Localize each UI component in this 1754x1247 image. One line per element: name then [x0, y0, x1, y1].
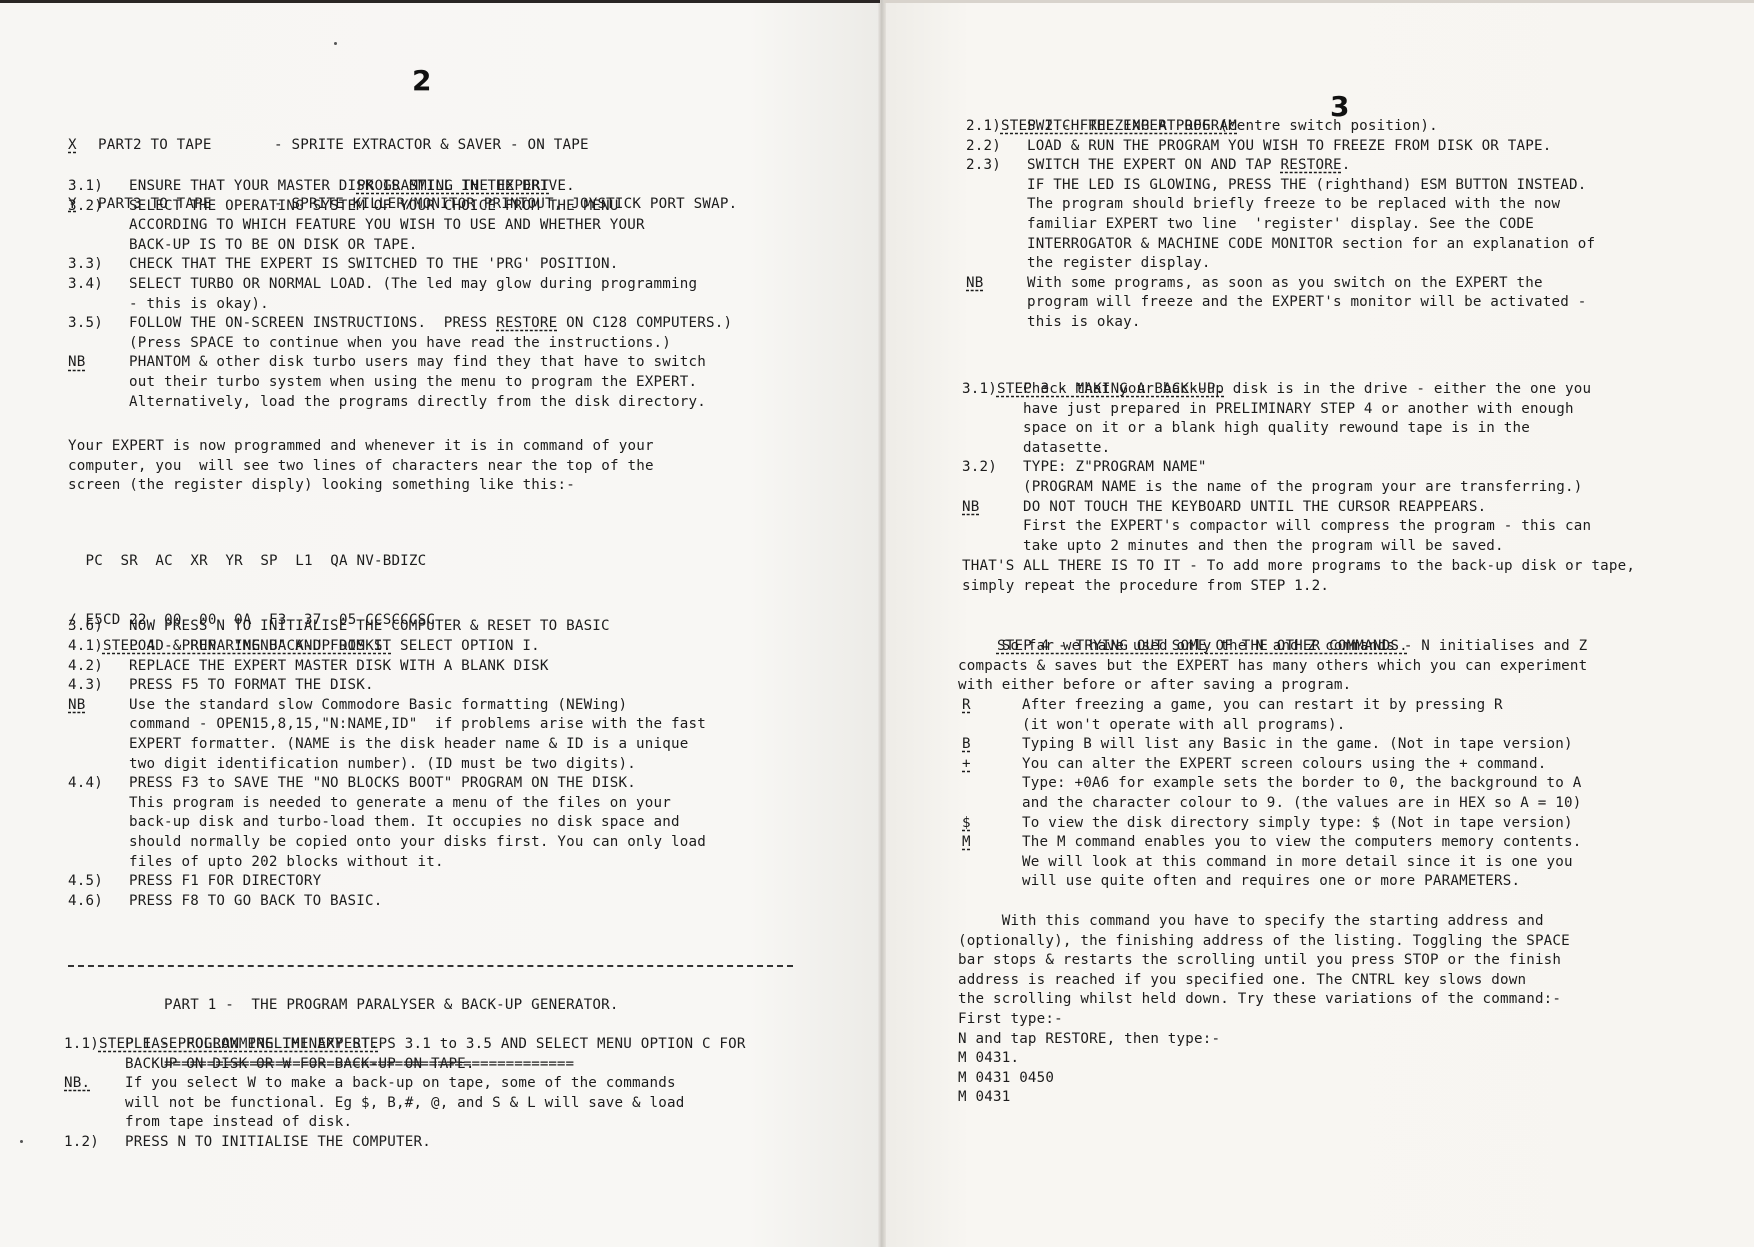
item-label [68, 216, 129, 236]
list-item: 2.3)SWITCH THE EXPERT ON AND TAP RESTORE… [966, 156, 1595, 274]
item-line: Type: +0A6 for example sets the border t… [962, 774, 1581, 794]
item-text: the register display. [1027, 254, 1211, 274]
item-label [68, 833, 129, 853]
item-line: (Press SPACE to continue when you have r… [68, 334, 732, 354]
text-line: M 0431 0450 [958, 1069, 1570, 1089]
list-item: $To view the disk directory simply type:… [962, 814, 1581, 834]
restore-key-ref: RESTORE [1281, 157, 1342, 173]
item-label [966, 215, 1027, 235]
item-line: NB.If you select W to make a back-up on … [64, 1074, 746, 1094]
text-line: THAT'S ALL THERE IS TO IT - To add more … [962, 557, 1635, 577]
item-label: 3.3) [68, 255, 129, 275]
paper-speck [20, 1140, 23, 1143]
item-line: RAfter freezing a game, you can restart … [962, 696, 1581, 716]
item-label: NB [68, 696, 129, 716]
item-line: have just prepared in PRELIMINARY STEP 4… [962, 400, 1591, 420]
item-label [966, 254, 1027, 274]
item-text: take upto 2 minutes and then the program… [1023, 537, 1504, 557]
item-line: familiar EXPERT two line 'register' disp… [966, 215, 1595, 235]
item-text: Use the standard slow Commodore Basic fo… [129, 696, 627, 716]
item-label [68, 715, 129, 735]
item-label [962, 400, 1023, 420]
list-item: 3.1)Check that your back-up disk is in t… [962, 380, 1591, 458]
item-label: R [962, 696, 1022, 716]
item-line: (it won't operate with all programs). [962, 716, 1581, 736]
item-text: After freezing a game, you can restart i… [1022, 696, 1503, 716]
page-edge [884, 0, 1754, 3]
item-line: BACKUP ON DISK OR W FOR BACK-UP ON TAPE. [64, 1055, 746, 1075]
item-label [966, 235, 1027, 255]
item-label [962, 853, 1022, 873]
list-item: 2.2)LOAD & RUN THE PROGRAM YOU WISH TO F… [966, 137, 1595, 157]
item-label: NB [68, 353, 129, 373]
item-text: will use quite often and requires one or… [1022, 872, 1520, 892]
register-header: PC SR AC XR YR SP L1 QA NV-BDIZC [68, 552, 435, 572]
list-item: MThe M command enables you to view the c… [962, 833, 1581, 892]
item-label [962, 716, 1022, 736]
item-line: program will freeze and the EXPERT's mon… [966, 293, 1595, 313]
item-line: NBUse the standard slow Commodore Basic … [68, 696, 706, 716]
item-text: You can alter the EXPERT screen colours … [1022, 755, 1547, 775]
list-item: NBDO NOT TOUCH THE KEYBOARD UNTIL THE CU… [962, 498, 1591, 557]
item-line: two digit identification number). (ID mu… [68, 755, 706, 775]
item-label [962, 537, 1023, 557]
item-label: 4.3) [68, 676, 129, 696]
item-text: REPLACE THE EXPERT MASTER DISK WITH A BL… [129, 657, 549, 677]
list-item: NBWith some programs, as soon as you swi… [966, 274, 1595, 333]
item-line: 3.3)CHECK THAT THE EXPERT IS SWITCHED TO… [68, 255, 732, 275]
item-line: 3.4)SELECT TURBO OR NORMAL LOAD. (The le… [68, 275, 732, 295]
text-line: First type:- [958, 1010, 1570, 1030]
item-text: (PROGRAM NAME is the name of the program… [1023, 478, 1582, 498]
page-edge [0, 0, 880, 3]
item-text: this is okay. [1027, 313, 1141, 333]
m-command-detail: With this command you have to specify th… [958, 912, 1570, 1108]
item-line: space on it or a blank high quality rewo… [962, 419, 1591, 439]
item-text: FOLLOW THE ON-SCREEN INSTRUCTIONS. PRESS… [129, 314, 732, 334]
item-label [966, 313, 1027, 333]
item-label [962, 517, 1023, 537]
item-line: IF THE LED IS GLOWING, PRESS THE (righth… [966, 176, 1595, 196]
option-name: PART2 TO TAPE [98, 136, 274, 156]
item-text: SELECT TURBO OR NORMAL LOAD. (The led ma… [129, 275, 697, 295]
item-text: SELECT THE OPERATING SYSTEM OF YOUR CHOI… [129, 197, 619, 217]
item-text: program will freeze and the EXPERT's mon… [1027, 293, 1586, 313]
list-item: 1.2)PRESS N TO INITIALISE THE COMPUTER. [64, 1133, 746, 1153]
item-text: should normally be copied onto your disk… [129, 833, 706, 853]
item-line: 2.3)SWITCH THE EXPERT ON AND TAP RESTORE… [966, 156, 1595, 176]
item-label [962, 872, 1022, 892]
text-line: (optionally), the finishing address of t… [958, 932, 1570, 952]
item-text: Check that your back-up disk is in the d… [1023, 380, 1591, 400]
item-label: 2.1) [966, 117, 1027, 137]
item-line: - this is okay). [68, 295, 732, 315]
item-line: First the EXPERT's compactor will compre… [962, 517, 1591, 537]
text-line: with either before or after saving a pro… [958, 676, 1587, 696]
item-line: +You can alter the EXPERT screen colours… [962, 755, 1581, 775]
list-item: +You can alter the EXPERT screen colours… [962, 755, 1581, 814]
text-line: M 0431 [958, 1088, 1570, 1108]
item-line: will use quite often and requires one or… [962, 872, 1581, 892]
item-line: NBPHANTOM & other disk turbo users may f… [68, 353, 732, 373]
item-text: have just prepared in PRELIMINARY STEP 4… [1023, 400, 1574, 420]
item-label [68, 853, 129, 873]
item-text: TYPE: Z"PROGRAM NAME" [1023, 458, 1207, 478]
item-text: and the character colour to 9. (the valu… [1022, 794, 1581, 814]
item-label: 3.4) [68, 275, 129, 295]
item-line: should normally be copied onto your disk… [68, 833, 706, 853]
text-line: bar stops & restarts the scrolling until… [958, 951, 1570, 971]
item-text: BACKUP ON DISK OR W FOR BACK-UP ON TAPE. [125, 1055, 475, 1075]
item-line: The program should briefly freeze to be … [966, 195, 1595, 215]
item-text: LOAD & RUN "MENU" AND FROM IT SELECT OPT… [129, 637, 540, 657]
text-line: M 0431. [958, 1049, 1570, 1069]
item-label: 4.4) [68, 774, 129, 794]
list-item: NBUse the standard slow Commodore Basic … [68, 696, 706, 774]
list-item: NBPHANTOM & other disk turbo users may f… [68, 353, 732, 412]
item-line: 1.1)PLEASE FOLLOW PRELIMINARY STEPS 3.1 … [64, 1035, 746, 1055]
item-line: We will look at this command in more det… [962, 853, 1581, 873]
item-label: NB [962, 498, 1023, 518]
option-key: X [68, 136, 98, 156]
item-label [68, 295, 129, 315]
item-line: EXPERT formatter. (NAME is the disk head… [68, 735, 706, 755]
item-text: If you select W to make a back-up on tap… [125, 1074, 676, 1094]
item-line: from tape instead of disk. [64, 1113, 746, 1133]
item-label [68, 794, 129, 814]
item-line: 2.1)SWITCH THE EXPERT OFF (centre switch… [966, 117, 1595, 137]
item-line: This program is needed to generate a men… [68, 794, 706, 814]
item-line: 4.3)PRESS F5 TO FORMAT THE DISK. [68, 676, 706, 696]
list-item: 3.2)SELECT THE OPERATING SYSTEM OF YOUR … [68, 197, 732, 256]
item-text: SWITCH THE EXPERT ON AND TAP RESTORE. [1027, 156, 1350, 176]
text-line: compacts & saves but the EXPERT has many… [958, 657, 1587, 677]
item-text: PRESS F8 TO GO BACK TO BASIC. [129, 892, 383, 912]
item-text: EXPERT formatter. (NAME is the disk head… [129, 735, 688, 755]
text-line: Your EXPERT is now programmed and whenev… [68, 437, 654, 457]
text-line: N and tap RESTORE, then type:- [958, 1030, 1570, 1050]
register-intro: Your EXPERT is now programmed and whenev… [68, 437, 654, 496]
item-label [962, 478, 1023, 498]
item-label: 4.6) [68, 892, 129, 912]
item-text: from tape instead of disk. [125, 1113, 352, 1133]
item-line: 4.5)PRESS F1 FOR DIRECTORY [68, 872, 706, 892]
item-label [962, 439, 1023, 459]
item-text: datasette. [1023, 439, 1110, 459]
item-text: PRESS F5 TO FORMAT THE DISK. [129, 676, 374, 696]
item-text: CHECK THAT THE EXPERT IS SWITCHED TO THE… [129, 255, 619, 275]
page-fold [878, 0, 886, 1247]
text-line: screen (the register disply) looking som… [68, 476, 654, 496]
item-text: PHANTOM & other disk turbo users may fin… [129, 353, 706, 373]
programming-steps: 3.1)ENSURE THAT YOUR MASTER DISK IS STIL… [68, 177, 732, 412]
item-label [68, 813, 129, 833]
text-line: With this command you have to specify th… [958, 912, 1570, 932]
step3-summary: THAT'S ALL THERE IS TO IT - To add more … [962, 557, 1635, 596]
item-text: DO NOT TOUCH THE KEYBOARD UNTIL THE CURS… [1023, 498, 1486, 518]
item-label [68, 735, 129, 755]
item-text: PRESS F1 FOR DIRECTORY [129, 872, 321, 892]
item-line: 3.2)TYPE: Z"PROGRAM NAME" [962, 458, 1591, 478]
item-line: (PROGRAM NAME is the name of the program… [962, 478, 1591, 498]
item-line: NBDO NOT TOUCH THE KEYBOARD UNTIL THE CU… [962, 498, 1591, 518]
item-line: BTyping B will list any Basic in the gam… [962, 735, 1581, 755]
restore-key-ref: RESTORE [496, 315, 557, 331]
item-label [68, 334, 129, 354]
item-label: 3.1) [68, 177, 129, 197]
text-line: the scrolling whilst held down. Try thes… [958, 990, 1570, 1010]
item-line: out their turbo system when using the me… [68, 373, 732, 393]
step4-intro: So far we have used only the N and Z com… [958, 637, 1587, 696]
item-text: We will look at this command in more det… [1022, 853, 1573, 873]
item-text: INTERROGATOR & MACHINE CODE MONITOR sect… [1027, 235, 1595, 255]
item-text: Alternatively, load the programs directl… [129, 393, 706, 413]
item-label [962, 774, 1022, 794]
text-line: So far we have used only the N and Z com… [958, 637, 1587, 657]
item-line: 4.1)LOAD & RUN "MENU" AND FROM IT SELECT… [68, 637, 706, 657]
page-number-left: 2 [412, 64, 431, 97]
item-label: + [962, 755, 1022, 775]
item-label: 4.1) [68, 637, 129, 657]
item-text: The M command enables you to view the co… [1022, 833, 1581, 853]
item-text: command - OPEN15,8,15,"N:NAME,ID" if pro… [129, 715, 706, 735]
item-text: Typing B will list any Basic in the game… [1022, 735, 1573, 755]
item-line: ACCORDING TO WHICH FEATURE YOU WISH TO U… [68, 216, 732, 236]
item-text: To view the disk directory simply type: … [1022, 814, 1573, 834]
item-label: 2.3) [966, 156, 1027, 176]
list-item: 2.1)SWITCH THE EXPERT OFF (centre switch… [966, 117, 1595, 137]
item-label [68, 393, 129, 413]
list-item: 3.3)CHECK THAT THE EXPERT IS SWITCHED TO… [68, 255, 732, 275]
item-label [68, 373, 129, 393]
item-label: 4.5) [68, 872, 129, 892]
list-item: RAfter freezing a game, you can restart … [962, 696, 1581, 735]
item-label: NB [966, 274, 1027, 294]
item-line: 1.2)PRESS N TO INITIALISE THE COMPUTER. [64, 1133, 746, 1153]
item-text: PLEASE FOLLOW PRELIMINARY STEPS 3.1 to 3… [125, 1035, 746, 1055]
item-text: ENSURE THAT YOUR MASTER DISK IS STILL IN… [129, 177, 575, 197]
text-line: address is reached if you specified one.… [958, 971, 1570, 991]
list-item: 1.1)PLEASE FOLLOW PRELIMINARY STEPS 3.1 … [64, 1035, 746, 1074]
list-item: 3.2)TYPE: Z"PROGRAM NAME"(PROGRAM NAME i… [962, 458, 1591, 497]
item-line: command - OPEN15,8,15,"N:NAME,ID" if pro… [68, 715, 706, 735]
step1-items: 1.1)PLEASE FOLLOW PRELIMINARY STEPS 3.1 … [64, 1035, 746, 1153]
item-label: 3.5) [68, 314, 129, 334]
item-label: NB. [64, 1074, 125, 1094]
item-text: familiar EXPERT two line 'register' disp… [1027, 215, 1534, 235]
option-desc: - SPRITE EXTRACTOR & SAVER - ON TAPE [274, 136, 589, 156]
option-row: X PART2 TO TAPE - SPRITE EXTRACTOR & SAV… [68, 136, 737, 156]
item-text: back-up disk and turbo-load them. It occ… [129, 813, 680, 833]
item-text: out their turbo system when using the me… [129, 373, 697, 393]
item-line: 4.2)REPLACE THE EXPERT MASTER DISK WITH … [68, 657, 706, 677]
item-line: datasette. [962, 439, 1591, 459]
item-line: MThe M command enables you to view the c… [962, 833, 1581, 853]
list-item: 4.5)PRESS F1 FOR DIRECTORY [68, 872, 706, 892]
item-text: Type: +0A6 for example sets the border t… [1022, 774, 1581, 794]
item-text: The program should briefly freeze to be … [1027, 195, 1560, 215]
item-line: Alternatively, load the programs directl… [68, 393, 732, 413]
item-label: B [962, 735, 1022, 755]
item-text: PRESS F3 to SAVE THE "NO BLOCKS BOOT" PR… [129, 774, 636, 794]
item-line: this is okay. [966, 313, 1595, 333]
list-item: 3.4)SELECT TURBO OR NORMAL LOAD. (The le… [68, 275, 732, 314]
item-label [962, 419, 1023, 439]
item-label: 1.1) [64, 1035, 125, 1055]
item-line: BACK-UP IS TO BE ON DISK OR TAPE. [68, 236, 732, 256]
list-item: 3.1)ENSURE THAT YOUR MASTER DISK IS STIL… [68, 177, 732, 197]
item-label [64, 1094, 125, 1114]
item-text: two digit identification number). (ID mu… [129, 755, 636, 775]
booklet-spread: 2 3 X PART2 TO TAPE - SPRITE EXTRACTOR &… [0, 0, 1754, 1247]
item-text: LOAD & RUN THE PROGRAM YOU WISH TO FREEZ… [1027, 137, 1552, 157]
paper-speck [334, 42, 337, 45]
item-line: INTERROGATOR & MACHINE CODE MONITOR sect… [966, 235, 1595, 255]
item-label [64, 1055, 125, 1075]
item-label [68, 236, 129, 256]
item-label: M [962, 833, 1022, 853]
item-line: will not be functional. Eg $, B,#, @, an… [64, 1094, 746, 1114]
item-label [966, 176, 1027, 196]
step4-items: 4.1)LOAD & RUN "MENU" AND FROM IT SELECT… [68, 637, 706, 911]
item-text: files of upto 202 blocks without it. [129, 853, 444, 873]
item-line: and the character colour to 9. (the valu… [962, 794, 1581, 814]
item-label: 1.2) [64, 1133, 125, 1153]
item-text: PRESS N TO INITIALISE THE COMPUTER. [125, 1133, 431, 1153]
item-text: (it won't operate with all programs). [1022, 716, 1345, 736]
item-text: (Press SPACE to continue when you have r… [129, 334, 671, 354]
item-line: take upto 2 minutes and then the program… [962, 537, 1591, 557]
item-line: files of upto 202 blocks without it. [68, 853, 706, 873]
item-label: $ [962, 814, 1022, 834]
item-label: 2.2) [966, 137, 1027, 157]
item-label: 3.2) [68, 197, 129, 217]
item-text: This program is needed to generate a men… [129, 794, 671, 814]
item-text: With some programs, as soon as you switc… [1027, 274, 1543, 294]
item-line: 3.1)Check that your back-up disk is in t… [962, 380, 1591, 400]
list-item: 4.6)PRESS F8 TO GO BACK TO BASIC. [68, 892, 706, 912]
text-line: computer, you will see two lines of char… [68, 457, 654, 477]
item-line: 4.6)PRESS F8 TO GO BACK TO BASIC. [68, 892, 706, 912]
list-item: 4.3)PRESS F5 TO FORMAT THE DISK. [68, 676, 706, 696]
item-line: 3.1)ENSURE THAT YOUR MASTER DISK IS STIL… [68, 177, 732, 197]
list-item: BTyping B will list any Basic in the gam… [962, 735, 1581, 755]
item-label: 4.2) [68, 657, 129, 677]
item-text: IF THE LED IS GLOWING, PRESS THE (righth… [1027, 176, 1586, 196]
item-label: 3.1) [962, 380, 1023, 400]
item-line: 3.2)SELECT THE OPERATING SYSTEM OF YOUR … [68, 197, 732, 217]
list-item: NB.If you select W to make a back-up on … [64, 1074, 746, 1133]
item-line: 2.2)LOAD & RUN THE PROGRAM YOU WISH TO F… [966, 137, 1595, 157]
item-text: BACK-UP IS TO BE ON DISK OR TAPE. [129, 236, 417, 256]
item-label [64, 1113, 125, 1133]
list-item: 4.2)REPLACE THE EXPERT MASTER DISK WITH … [68, 657, 706, 677]
item-text: - this is okay). [129, 295, 269, 315]
part-title: PART 1 - THE PROGRAM PARALYSER & BACK-UP… [164, 996, 619, 1016]
item-text: First the EXPERT's compactor will compre… [1023, 517, 1591, 537]
item-text: SWITCH THE EXPERT OFF (centre switch pos… [1027, 117, 1438, 137]
item-text: space on it or a blank high quality rewo… [1023, 419, 1530, 439]
item-line: back-up disk and turbo-load them. It occ… [68, 813, 706, 833]
item-line: the register display. [966, 254, 1595, 274]
list-item: 4.1)LOAD & RUN "MENU" AND FROM IT SELECT… [68, 637, 706, 657]
item-line: 4.4)PRESS F3 to SAVE THE "NO BLOCKS BOOT… [68, 774, 706, 794]
step3-items: 3.1)Check that your back-up disk is in t… [962, 380, 1591, 556]
text-line: simply repeat the procedure from STEP 1.… [962, 577, 1635, 597]
item-label [962, 794, 1022, 814]
item-label [68, 755, 129, 775]
step2-items: 2.1)SWITCH THE EXPERT OFF (centre switch… [966, 117, 1595, 333]
item-label [966, 293, 1027, 313]
item-label: 3.2) [962, 458, 1023, 478]
item-label [966, 195, 1027, 215]
list-item: 4.4)PRESS F3 to SAVE THE "NO BLOCKS BOOT… [68, 774, 706, 872]
item-line: $To view the disk directory simply type:… [962, 814, 1581, 834]
item-text: ACCORDING TO WHICH FEATURE YOU WISH TO U… [129, 216, 645, 236]
item-line: 3.5)FOLLOW THE ON-SCREEN INSTRUCTIONS. P… [68, 314, 732, 334]
item-text: will not be functional. Eg $, B,#, @, an… [125, 1094, 684, 1114]
list-item: 3.5)FOLLOW THE ON-SCREEN INSTRUCTIONS. P… [68, 314, 732, 353]
command-list: RAfter freezing a game, you can restart … [962, 696, 1581, 892]
item-line: NBWith some programs, as soon as you swi… [966, 274, 1595, 294]
